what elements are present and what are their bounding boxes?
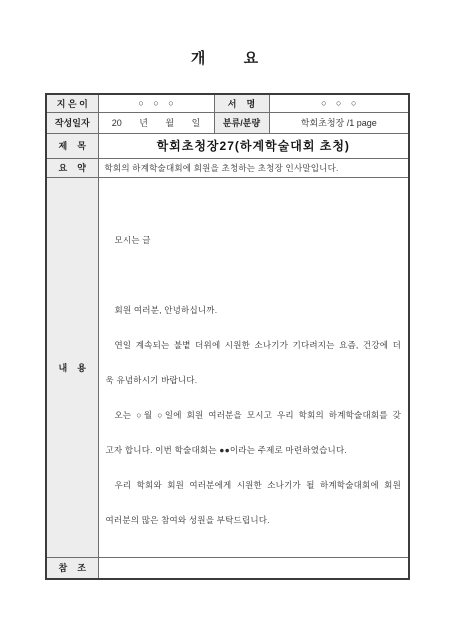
category-value: 학회초청장 /1 page — [269, 112, 409, 133]
content-line: 우리 학회와 회원 여러분에게 시원한 소나기가 될 하계학술대회에 회원 — [106, 468, 402, 503]
date-value: 20 년 월 일 — [98, 112, 214, 133]
row-content: 내 용 모시는 글 회원 여러분, 안녕하십니까. 연일 계속되는 불볕 더위에… — [46, 177, 409, 557]
reference-value — [98, 557, 409, 579]
summary-value: 학회의 하계학술대회에 회원을 초청하는 초청장 인사말입니다. — [98, 158, 409, 177]
document-page: { "page": { "title": "개 요" }, "table": {… — [0, 0, 450, 636]
content-line — [106, 258, 402, 293]
document-form-table: 지 은 이 ○ ○ ○ 서 명 ○ ○ ○ 작성일자 20 년 월 일 분류/분… — [45, 93, 410, 580]
subject-label: 제 목 — [46, 133, 98, 158]
row-date-category: 작성일자 20 년 월 일 분류/분량 학회초청장 /1 page — [46, 112, 409, 133]
date-label: 작성일자 — [46, 112, 98, 133]
content-label: 내 용 — [46, 177, 98, 557]
row-summary: 요 약 학회의 하계학술대회에 회원을 초청하는 초청장 인사말입니다. — [46, 158, 409, 177]
content-line: 회원 여러분, 안녕하십니까. — [106, 293, 402, 328]
content-line: 연일 계속되는 불볕 더위에 시원한 소나기가 기다려지는 요즘, 건강에 더 — [106, 328, 402, 363]
row-subject: 제 목 학회초청장27(하계학술대회 초청) — [46, 133, 409, 158]
content-line: 여러분의 많은 참여와 성원을 부탁드립니다. — [106, 503, 402, 538]
content-line: 오는 ○월 ○일에 회원 여러분을 모시고 우리 학회의 하계학술대회를 갖 — [106, 398, 402, 433]
content-body: 모시는 글 회원 여러분, 안녕하십니까. 연일 계속되는 불볕 더위에 시원한… — [98, 177, 409, 557]
content-line: 모시는 글 — [106, 223, 402, 258]
row-reference: 참 조 — [46, 557, 409, 579]
summary-table: 지 은 이 ○ ○ ○ 서 명 ○ ○ ○ 작성일자 20 년 월 일 분류/분… — [45, 93, 408, 580]
signature-value: ○ ○ ○ — [269, 94, 409, 112]
category-label: 분류/분량 — [214, 112, 269, 133]
author-label: 지 은 이 — [46, 94, 98, 112]
subject-value: 학회초청장27(하계학술대회 초청) — [98, 133, 409, 158]
reference-label: 참 조 — [46, 557, 98, 579]
signature-label: 서 명 — [214, 94, 269, 112]
content-line: 욱 유념하시기 바랍니다. — [106, 363, 402, 398]
summary-label: 요 약 — [46, 158, 98, 177]
row-author-signature: 지 은 이 ○ ○ ○ 서 명 ○ ○ ○ — [46, 94, 409, 112]
content-line: 고자 합니다. 이번 학술대회는 ●●이라는 주제로 마련하였습니다. — [106, 433, 402, 468]
page-title: 개 요 — [0, 47, 450, 68]
author-value: ○ ○ ○ — [98, 94, 214, 112]
